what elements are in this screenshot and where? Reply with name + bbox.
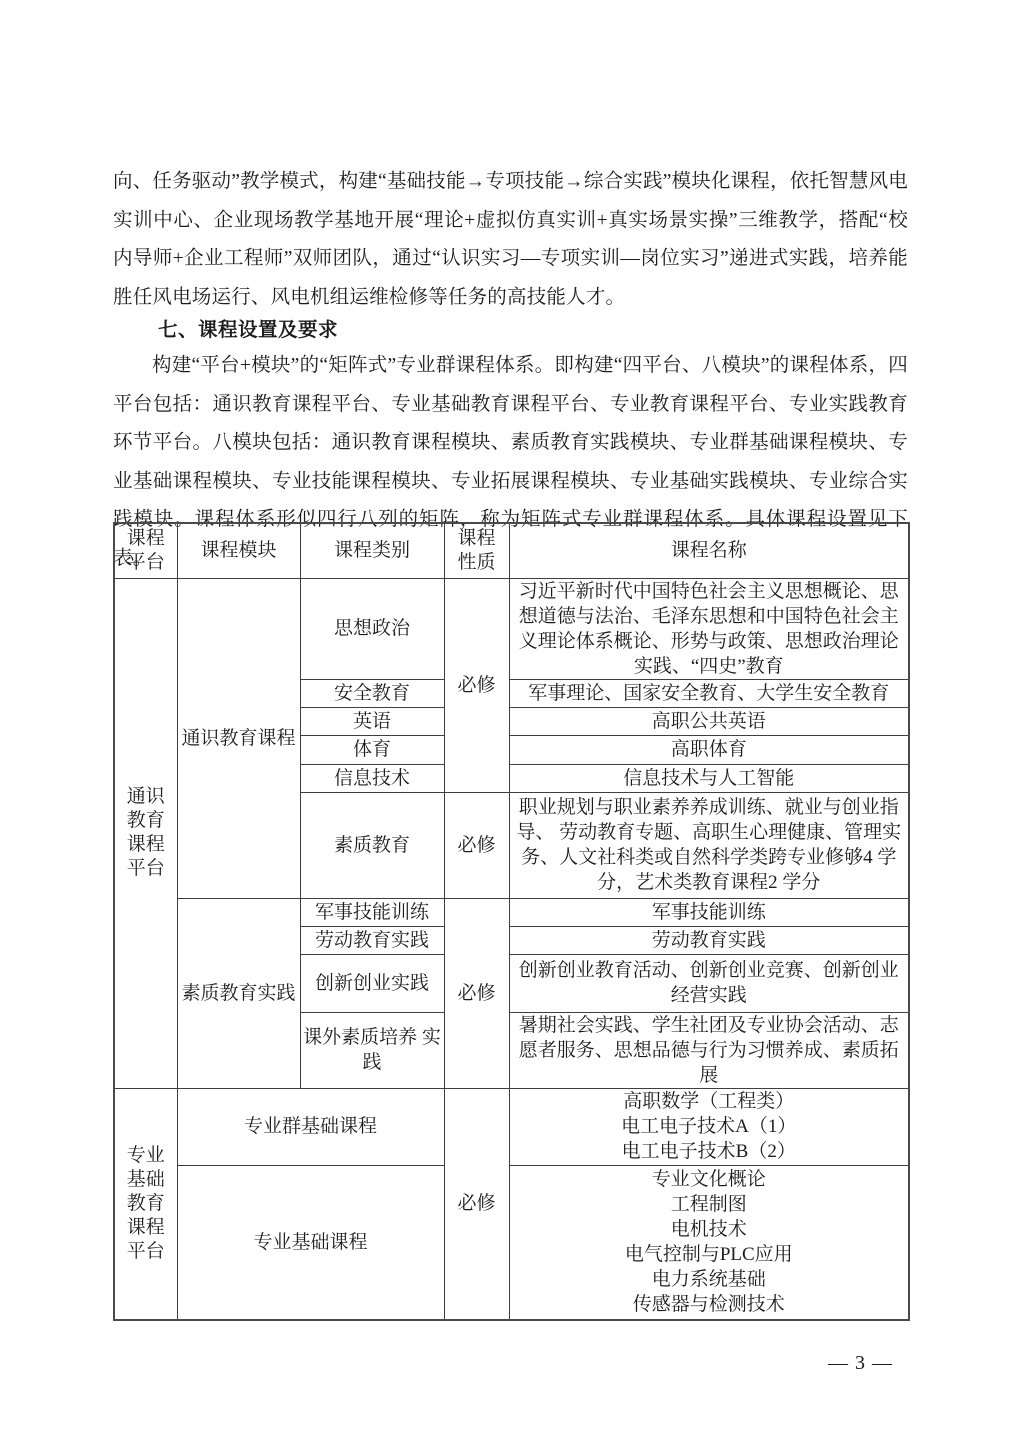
- cell-name-group-basic: 高职数学（工程类） 电工电子技术A（1） 电工电子技术B（2）: [509, 1088, 909, 1165]
- cell-name-pe: 高职体育: [509, 735, 909, 764]
- table-row-group-basic: 专业基础教育课程平台 专业群基础课程 必修 高职数学（工程类） 电工电子技术A（…: [114, 1088, 909, 1165]
- cell-platform-general: 通识教育课程平台: [114, 578, 177, 1088]
- cell-category-ideology: 思想政治: [300, 578, 444, 679]
- cell-name-major-basic: 专业文化概论 工程制图 电机技术 电气控制与PLC应用 电力系统基础 传感器与检…: [509, 1165, 909, 1320]
- document-page: { "paragraphs": { "p1": "向、任务驱动”教学模式，构建“…: [0, 0, 1024, 1448]
- table-row-ideology: 通识教育课程平台 通识教育课程 思想政治 必修 习近平新时代中国特色社会主义思想…: [114, 578, 909, 679]
- cell-category-group-basic: 专业群基础课程: [177, 1088, 444, 1165]
- header-name: 课程名称: [509, 523, 909, 578]
- cell-category-english: 英语: [300, 707, 444, 735]
- cell-category-it: 信息技术: [300, 764, 444, 792]
- header-nature: 课程性质: [444, 523, 509, 578]
- cell-nature-required-1: 必修: [444, 578, 509, 792]
- cell-category-quality: 素质教育: [300, 792, 444, 898]
- course-setup-table: 课程平台 课程模块 课程类别 课程性质 课程名称 通识教育课程平台 通识教育课程…: [113, 522, 910, 1321]
- table-row-military: 素质教育实践 军事技能训练 必修 军事技能训练: [114, 898, 909, 926]
- page-number: — 3 —: [828, 1352, 893, 1375]
- cell-nature-required-2: 必修: [444, 792, 509, 898]
- cell-platform-basic: 专业基础教育课程平台: [114, 1088, 177, 1320]
- cell-category-pe: 体育: [300, 735, 444, 764]
- cell-name-extracurricular: 暑期社会实践、学生社团及专业协会活动、志愿者服务、思想品德与行为习惯养成、素质拓…: [509, 1012, 909, 1088]
- paragraph-teaching-mode: 向、任务驱动”教学模式，构建“基础技能→专项技能→综合实践”模块化课程，依托智慧…: [113, 163, 908, 317]
- cell-name-military: 军事技能训练: [509, 898, 909, 926]
- cell-name-labor: 劳动教育实践: [509, 926, 909, 954]
- cell-module-general: 通识教育课程: [177, 578, 300, 898]
- cell-name-ideology: 习近平新时代中国特色社会主义思想概论、思想道德与法治、毛泽东思想和中国特色社会主…: [509, 578, 909, 679]
- cell-name-it: 信息技术与人工智能: [509, 764, 909, 792]
- cell-name-innovation: 创新创业教育活动、创新创业竞赛、创新创业经营实践: [509, 954, 909, 1012]
- cell-category-safety: 安全教育: [300, 679, 444, 707]
- cell-name-quality: 职业规划与职业素养养成训练、就业与创业指导、 劳动教育专题、高职生心理健康、管理…: [509, 792, 909, 898]
- table-header-row: 课程平台 课程模块 课程类别 课程性质 课程名称: [114, 523, 909, 578]
- cell-category-extracurricular: 课外素质培养 实践: [300, 1012, 444, 1088]
- cell-category-innovation: 创新创业实践: [300, 954, 444, 1012]
- cell-category-military: 军事技能训练: [300, 898, 444, 926]
- cell-name-english: 高职公共英语: [509, 707, 909, 735]
- header-platform: 课程平台: [114, 523, 177, 578]
- header-category: 课程类别: [300, 523, 444, 578]
- table-row-major-basic: 专业基础课程 专业文化概论 工程制图 电机技术 电气控制与PLC应用 电力系统基…: [114, 1165, 909, 1320]
- section-heading-course-setup: 七、课程设置及要求: [158, 314, 338, 342]
- cell-name-safety: 军事理论、国家安全教育、大学生安全教育: [509, 679, 909, 707]
- cell-module-quality: 素质教育实践: [177, 898, 300, 1088]
- cell-nature-required-4: 必修: [444, 1088, 509, 1320]
- cell-nature-required-3: 必修: [444, 898, 509, 1088]
- header-module: 课程模块: [177, 523, 300, 578]
- cell-category-labor: 劳动教育实践: [300, 926, 444, 954]
- cell-category-major-basic: 专业基础课程: [177, 1165, 444, 1320]
